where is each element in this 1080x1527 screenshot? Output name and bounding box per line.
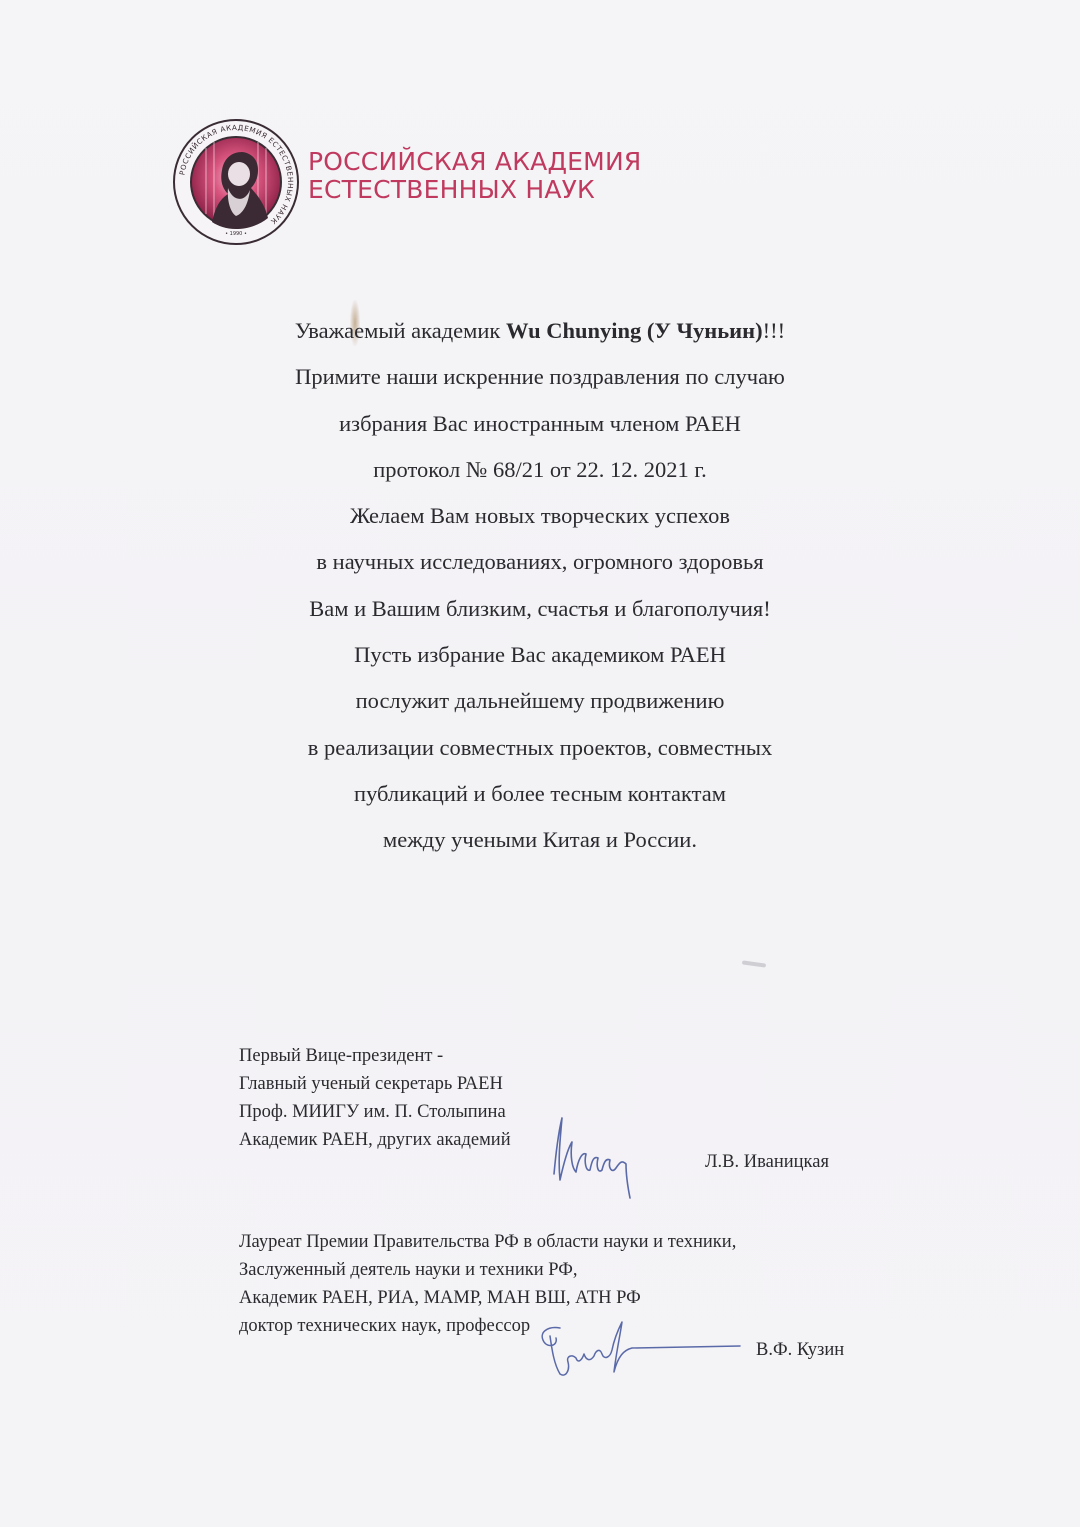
academy-seal-icon: РОССИЙСКАЯ АКАДЕМИЯ ЕСТЕСТВЕННЫХ НАУК • …	[172, 118, 300, 246]
letterhead: РОССИЙСКАЯ АКАДЕМИЯ ЕСТЕСТВЕННЫХ НАУК • …	[172, 118, 641, 246]
svg-text:• 1990 •: • 1990 •	[225, 231, 247, 237]
signatory-title: Академик РАЕН, других академий	[239, 1126, 511, 1154]
greeting-suffix: !!!	[763, 318, 785, 343]
letter-line: послужит дальнейшему продвижению	[0, 678, 1080, 724]
signatory-2-name: В.Ф. Кузин	[756, 1340, 844, 1361]
greeting-line: Уважаемый академик Wu Chunying (У Чуньин…	[0, 308, 1080, 354]
signatory-title: Первый Вице-президент -	[239, 1042, 511, 1070]
letter-body: Уважаемый академик Wu Chunying (У Чуньин…	[0, 308, 1080, 864]
signature-ivanitskaya-icon	[540, 1112, 640, 1207]
organization-name: РОССИЙСКАЯ АКАДЕМИЯ ЕСТЕСТВЕННЫХ НАУК	[308, 148, 641, 204]
letter-line: избрания Вас иностранным членом РАЕН	[0, 401, 1080, 447]
letter-line: между учеными Китая и России.	[0, 817, 1080, 863]
signatory-title: Заслуженный деятель науки и техники РФ,	[239, 1256, 736, 1284]
signatory-1-name: Л.В. Иваницкая	[705, 1152, 829, 1173]
letter-line: в реализации совместных проектов, совмес…	[0, 725, 1080, 771]
protocol-line: протокол № 68/21 от 22. 12. 2021 г.	[0, 447, 1080, 493]
paper-mark	[742, 960, 766, 967]
org-name-line1: РОССИЙСКАЯ АКАДЕМИЯ	[308, 148, 641, 176]
signatory-title: Главный ученый секретарь РАЕН	[239, 1070, 511, 1098]
signatory-title: Академик РАЕН, РИА, МАМР, МАН ВШ, АТН РФ	[239, 1284, 736, 1312]
letter-page: РОССИЙСКАЯ АКАДЕМИЯ ЕСТЕСТВЕННЫХ НАУК • …	[0, 0, 1080, 1527]
letter-line: Вам и Вашим близким, счастья и благополу…	[0, 586, 1080, 632]
signatory-1-titles: Первый Вице-президент - Главный ученый с…	[239, 1042, 511, 1154]
letter-line: Желаем Вам новых творческих успехов	[0, 493, 1080, 539]
letter-line: в научных исследованиях, огромного здоро…	[0, 539, 1080, 585]
recipient-name: Wu Chunying (У Чуньин)	[506, 318, 763, 343]
org-name-line2: ЕСТЕСТВЕННЫХ НАУК	[308, 176, 641, 204]
greeting-prefix: Уважаемый академик	[295, 318, 506, 343]
letter-line: Примите наши искренние поздравления по с…	[0, 354, 1080, 400]
signatory-title: Лауреат Премии Правительства РФ в област…	[239, 1228, 736, 1256]
signature-kuzin-icon	[520, 1318, 750, 1393]
letter-line: публикаций и более тесным контактам	[0, 771, 1080, 817]
letter-line: Пусть избрание Вас академиком РАЕН	[0, 632, 1080, 678]
signatory-title: Проф. МИИГУ им. П. Столыпина	[239, 1098, 511, 1126]
